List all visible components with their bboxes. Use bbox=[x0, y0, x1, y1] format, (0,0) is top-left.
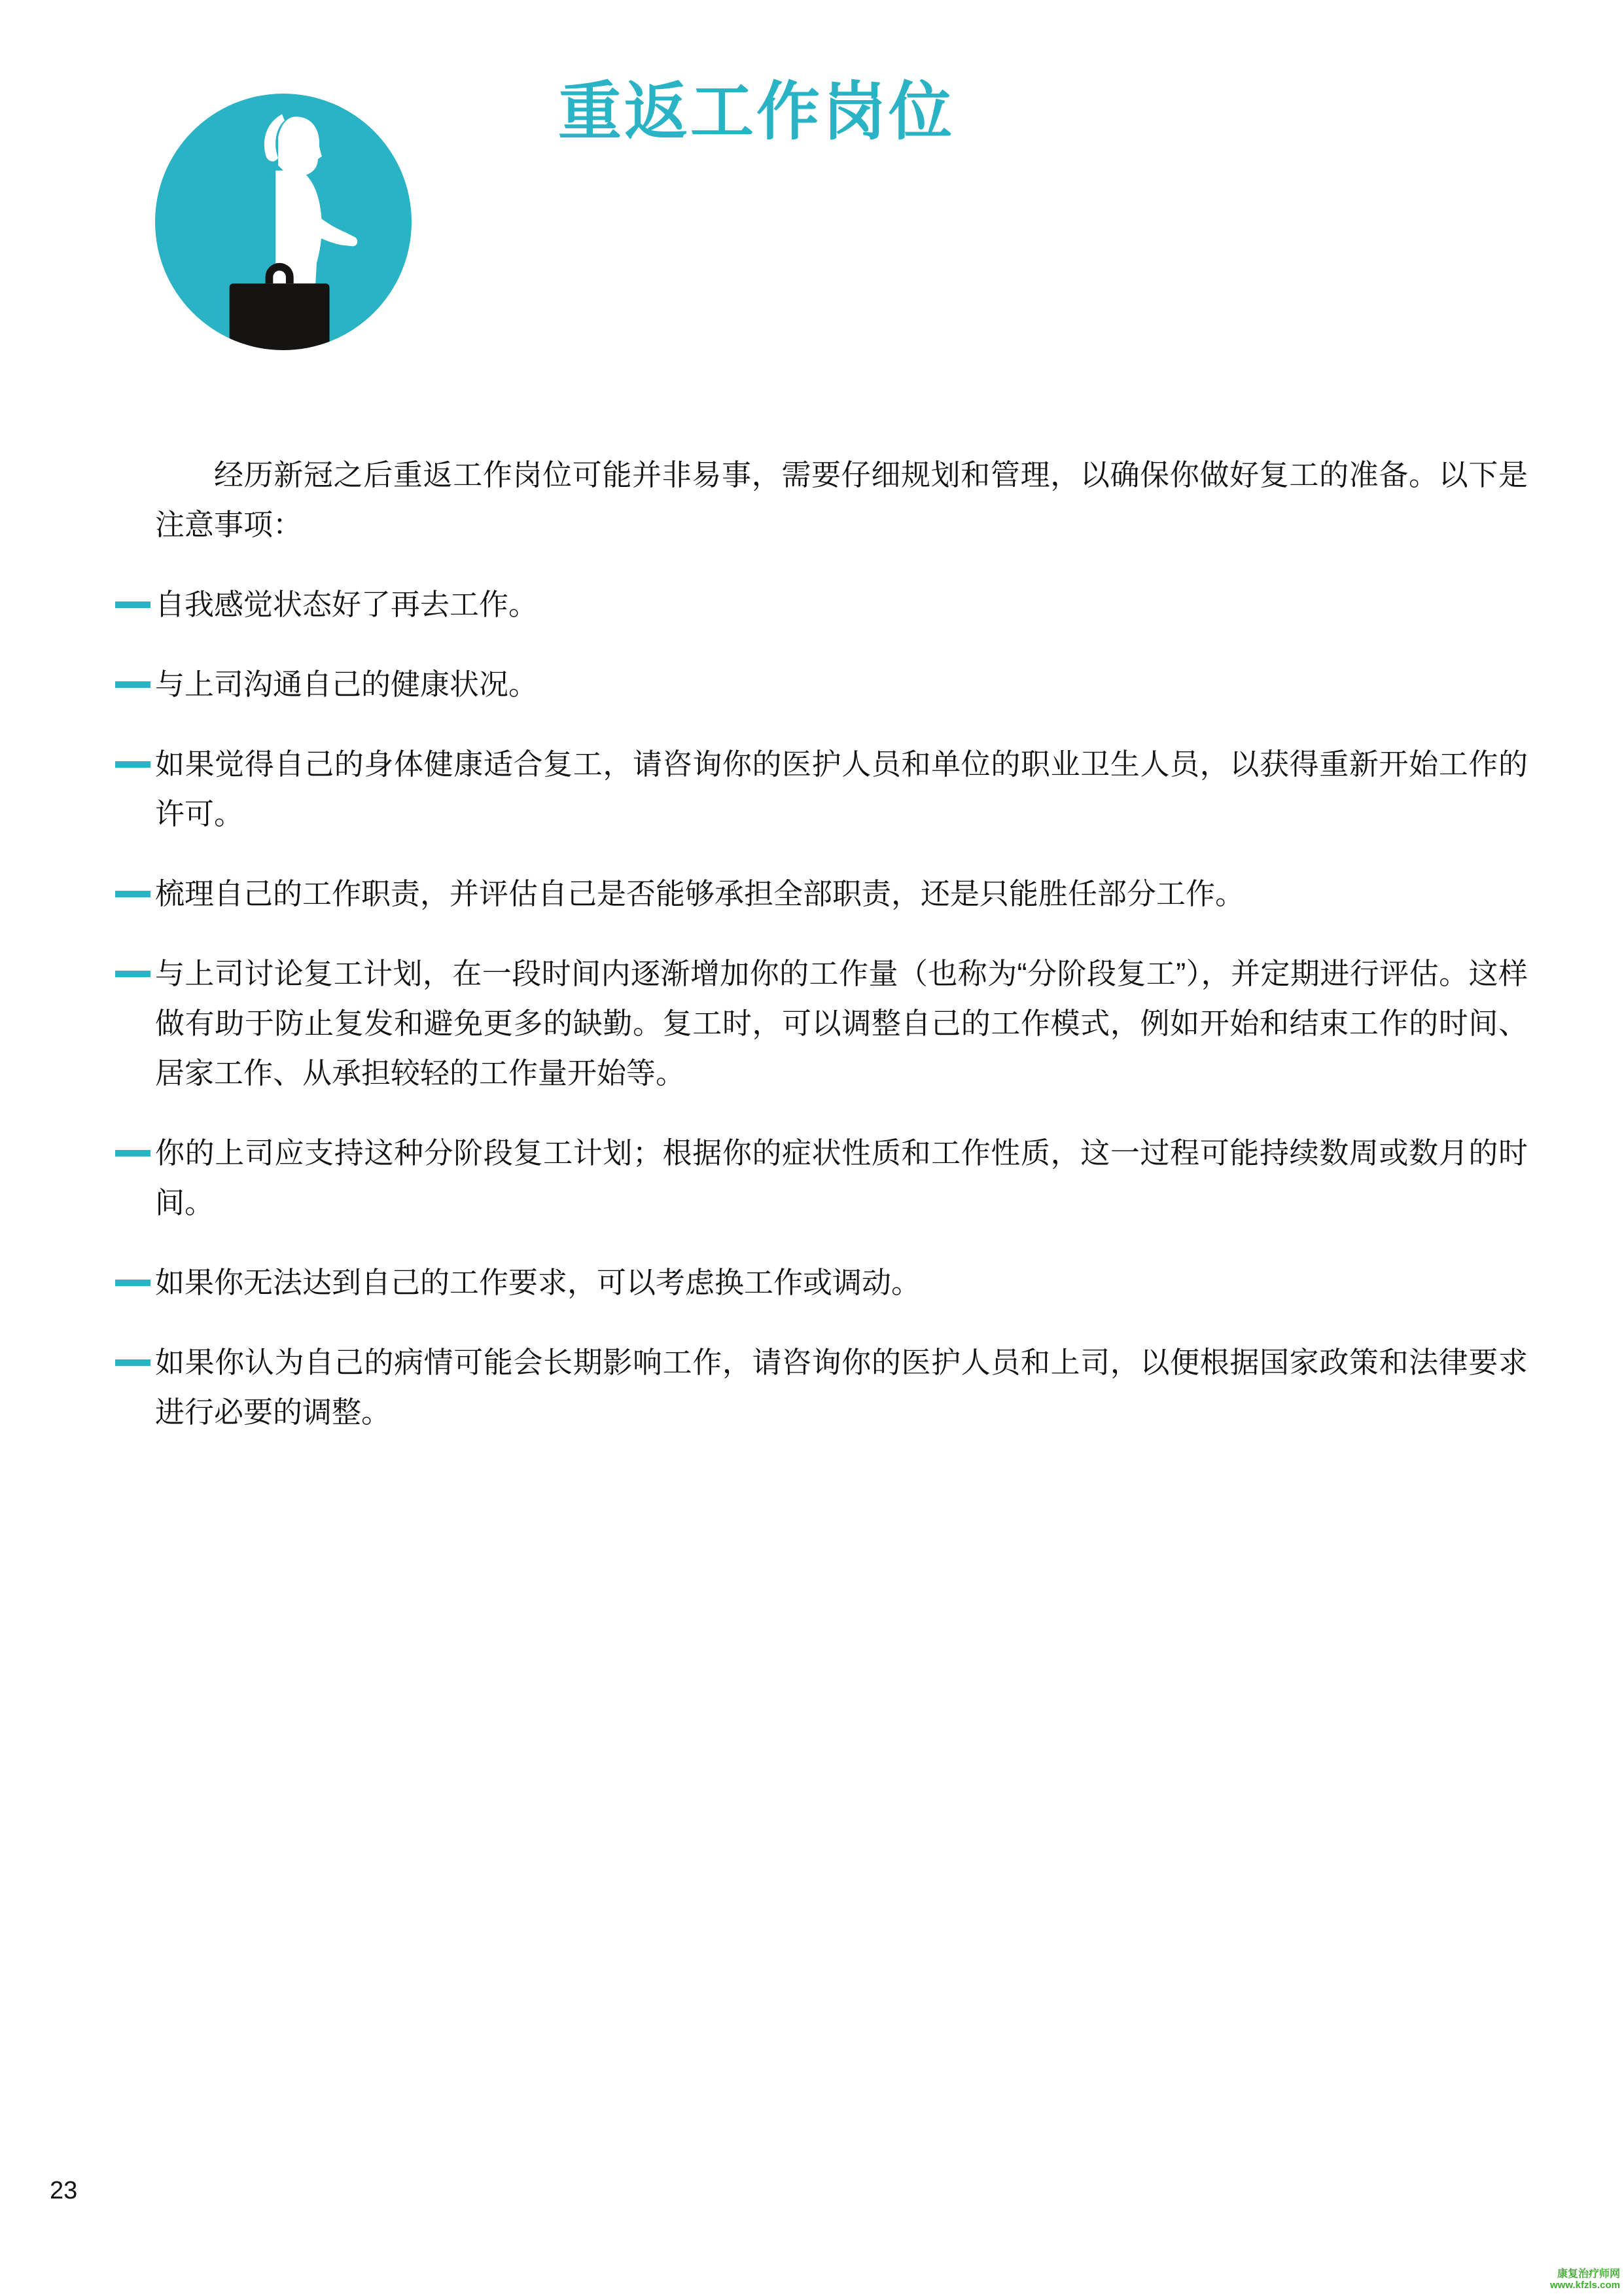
bullet-item: 自我感觉状态好了再去工作。 bbox=[155, 580, 1528, 630]
bullet-text: 自我感觉状态好了再去工作。 bbox=[155, 580, 1528, 630]
site-watermark: 康复治疗师网 www.kfzls.com bbox=[1550, 2269, 1620, 2291]
watermark-site-url: www.kfzls.com bbox=[1550, 2280, 1620, 2291]
bullet-text: 如果你无法达到自己的工作要求，可以考虑换工作或调动。 bbox=[155, 1258, 1528, 1308]
page-number: 23 bbox=[50, 2177, 77, 2205]
document-page: 重返工作岗位 经历新冠之后重返工作岗位可能并非易事，需要仔细规划和管理，以确保你… bbox=[0, 0, 1624, 2296]
dash-bullet-icon bbox=[115, 891, 150, 897]
return-to-work-icon bbox=[155, 94, 412, 350]
dash-bullet-icon bbox=[115, 601, 150, 608]
bullet-text: 你的上司应支持这种分阶段复工计划；根据你的症状性质和工作性质，这一过程可能持续数… bbox=[155, 1128, 1528, 1228]
dash-bullet-icon bbox=[115, 1359, 150, 1366]
bullet-item: 梳理自己的工作职责，并评估自己是否能够承担全部职责，还是只能胜任部分工作。 bbox=[155, 869, 1528, 919]
bullet-item: 你的上司应支持这种分阶段复工计划；根据你的症状性质和工作性质，这一过程可能持续数… bbox=[155, 1128, 1528, 1228]
bullet-item: 如果觉得自己的身体健康适合复工，请咨询你的医护人员和单位的职业卫生人员，以获得重… bbox=[155, 740, 1528, 839]
dash-bullet-icon bbox=[115, 971, 150, 977]
woman-with-briefcase-icon bbox=[155, 94, 412, 350]
bullet-text: 如果你认为自己的病情可能会长期影响工作，请咨询你的医护人员和上司，以便根据国家政… bbox=[155, 1338, 1528, 1437]
dash-bullet-icon bbox=[115, 1150, 150, 1157]
intro-paragraph: 经历新冠之后重返工作岗位可能并非易事，需要仔细规划和管理，以确保你做好复工的准备… bbox=[155, 450, 1528, 550]
page-title: 重返工作岗位 bbox=[558, 77, 955, 147]
bullet-text: 梳理自己的工作职责，并评估自己是否能够承担全部职责，还是只能胜任部分工作。 bbox=[155, 869, 1528, 919]
dash-bullet-icon bbox=[115, 1280, 150, 1286]
bullet-text: 如果觉得自己的身体健康适合复工，请咨询你的医护人员和单位的职业卫生人员，以获得重… bbox=[155, 740, 1528, 839]
dash-bullet-icon bbox=[115, 761, 150, 768]
watermark-site-name: 康复治疗师网 bbox=[1550, 2269, 1620, 2280]
body-content: 经历新冠之后重返工作岗位可能并非易事，需要仔细规划和管理，以确保你做好复工的准备… bbox=[155, 450, 1528, 1437]
bullet-text: 与上司沟通自己的健康状况。 bbox=[155, 660, 1528, 709]
bullet-item: 与上司沟通自己的健康状况。 bbox=[155, 660, 1528, 709]
bullet-item: 如果你无法达到自己的工作要求，可以考虑换工作或调动。 bbox=[155, 1258, 1528, 1308]
bullet-text: 与上司讨论复工计划，在一段时间内逐渐增加你的工作量（也称为“分阶段复工”），并定… bbox=[155, 949, 1528, 1098]
bullet-item: 与上司讨论复工计划，在一段时间内逐渐增加你的工作量（也称为“分阶段复工”），并定… bbox=[155, 949, 1528, 1098]
dash-bullet-icon bbox=[115, 681, 150, 688]
bullet-item: 如果你认为自己的病情可能会长期影响工作，请咨询你的医护人员和上司，以便根据国家政… bbox=[155, 1338, 1528, 1437]
